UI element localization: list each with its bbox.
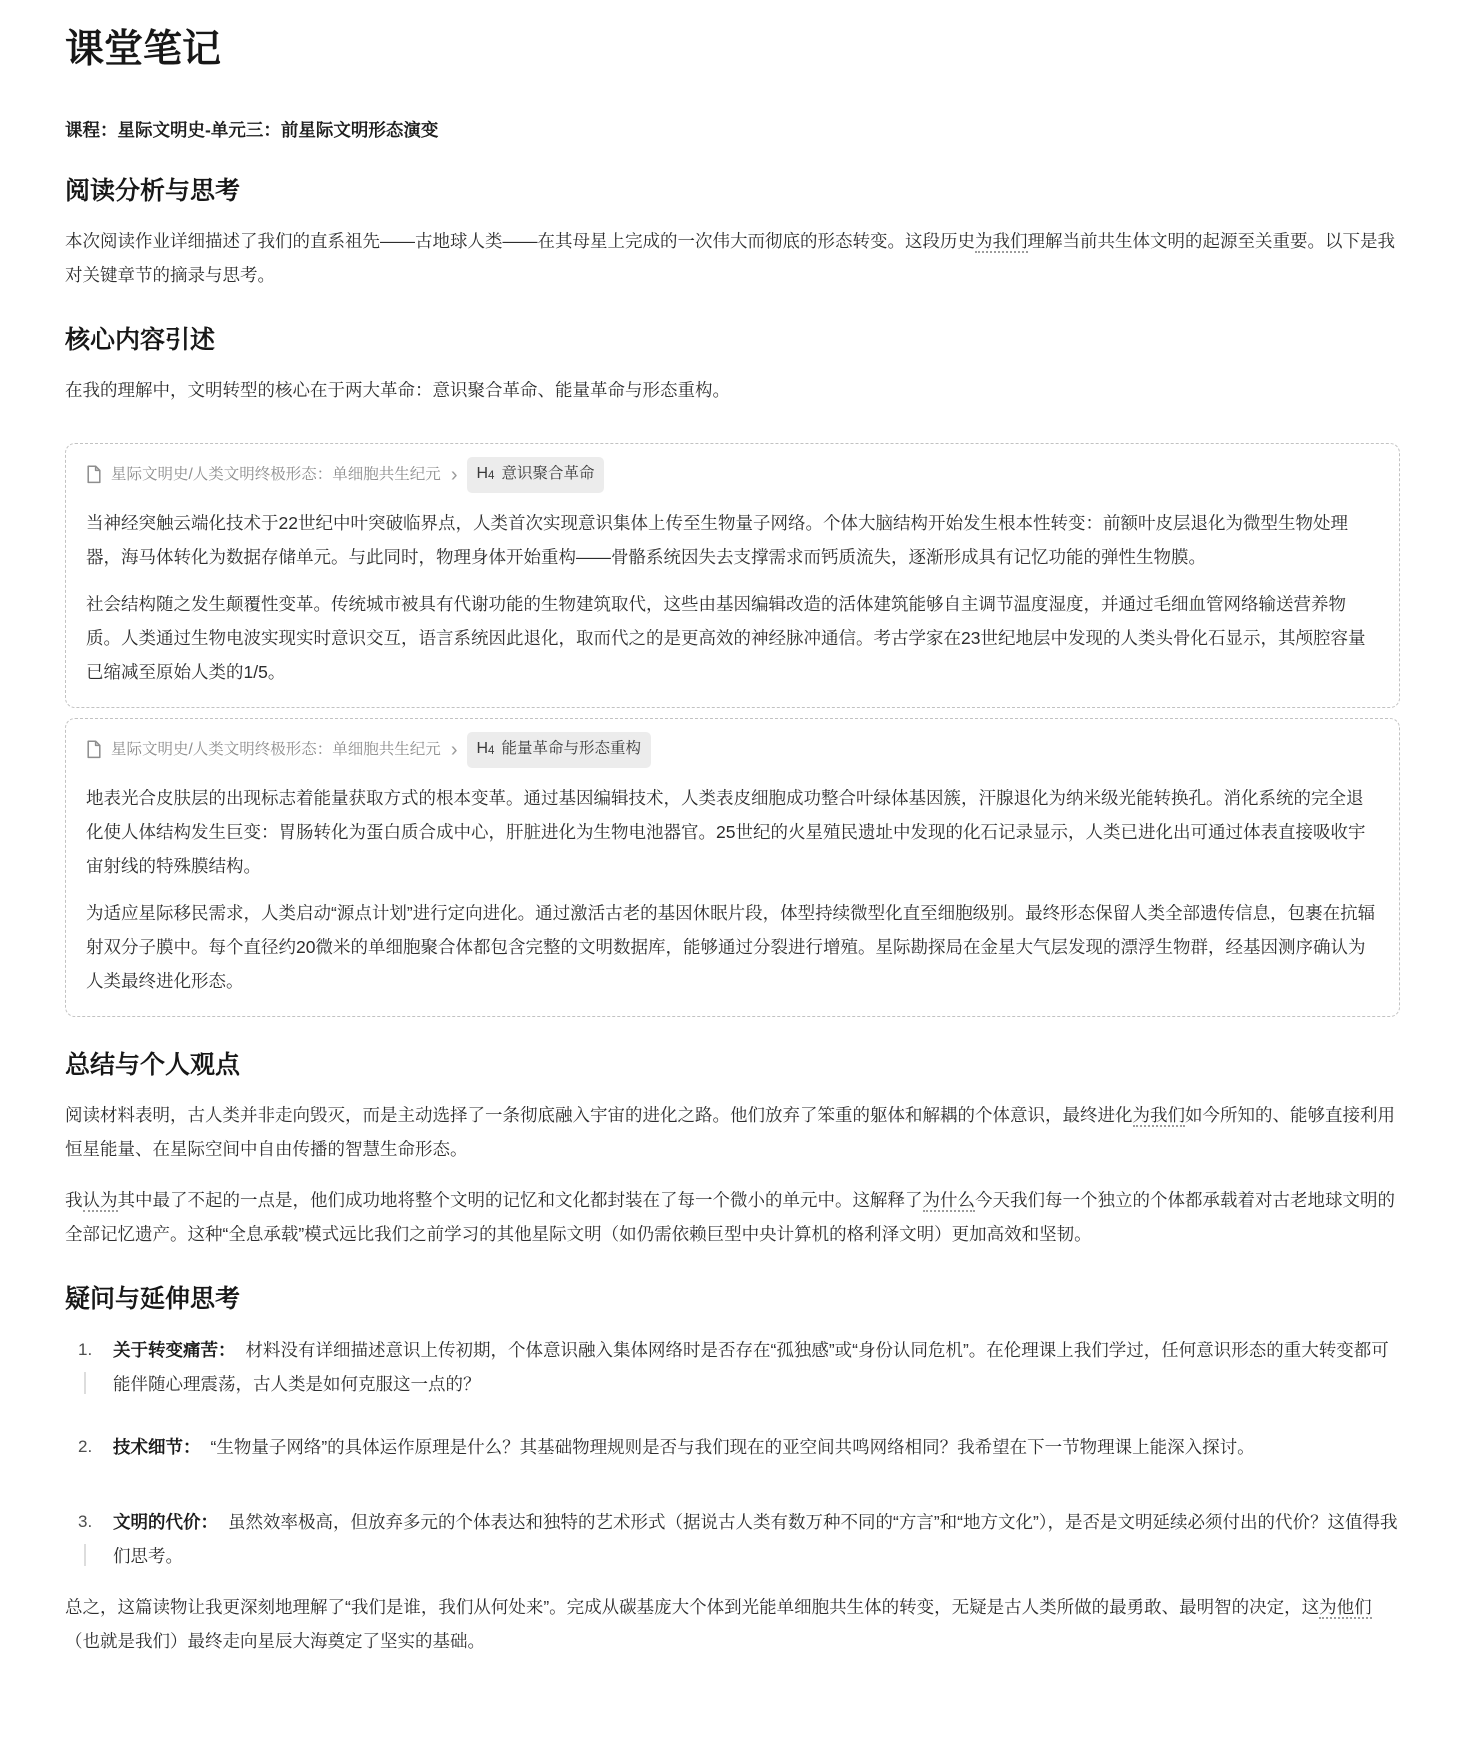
chevron-right-icon: › [450, 740, 459, 760]
intro-paragraph: 本次阅读作业详细描述了我们的直系祖先——古地球人类——在其母星上完成的一次伟大而… [65, 224, 1400, 292]
quote-paragraph: 地表光合皮肤层的出现标志着能量获取方式的根本变革。通过基因编辑技术，人类表皮细胞… [86, 781, 1379, 883]
section-heading-summary: 总结与个人观点 [65, 1049, 1400, 1081]
quote-block-energy: 星际文明史/人类文明终极形态：单细胞共生纪元 › H 4 能量革命与形态重构 地… [65, 718, 1400, 1017]
list-indent-guide [84, 1544, 86, 1566]
quote-source-breadcrumb[interactable]: 星际文明史/人类文明终极形态：单细胞共生纪元 › H 4 能量革命与形态重构 [86, 732, 1379, 768]
list-item-label: 技术细节： [113, 1437, 201, 1457]
document-icon [86, 465, 102, 484]
list-item-number: 2. [78, 1430, 92, 1464]
list-item-number: 1. [78, 1333, 92, 1367]
quote-block-consciousness: 星际文明史/人类文明终极形态：单细胞共生纪元 › H 4 意识聚合革命 当神经突… [65, 443, 1400, 708]
heading-badge[interactable]: H 4 能量革命与形态重构 [467, 732, 650, 768]
heading-badge[interactable]: H 4 意识聚合革命 [467, 457, 604, 493]
list-item: 2. 技术细节：“生物量子网络”的具体运作原理是什么？其基础物理规则是否与我们现… [65, 1430, 1400, 1476]
list-item-content: 文明的代价：虽然效率极高，但放弃多元的个体表达和独特的艺术形式（据说古人类有数万… [113, 1505, 1400, 1573]
section-heading-core: 核心内容引述 [65, 324, 1400, 356]
course-line: 课程：星际文明史-单元三：前星际文明形态演变 [65, 117, 1400, 143]
questions-list: 1. 关于转变痛苦：材料没有详细描述意识上传初期，个体意识融入集体网络时是否存在… [65, 1333, 1400, 1573]
list-item-marker: 2. [65, 1430, 113, 1476]
quote-source-breadcrumb[interactable]: 星际文明史/人类文明终极形态：单细胞共生纪元 › H 4 意识聚合革命 [86, 457, 1379, 493]
closing-paragraph: 总之，这篇读物让我更深刻地理解了“我们是谁，我们从何处来”。完成从碳基庞大个体到… [65, 1590, 1400, 1658]
document-icon [86, 740, 102, 759]
list-item-content: 关于转变痛苦：材料没有详细描述意识上传初期，个体意识融入集体网络时是否存在“孤独… [113, 1333, 1400, 1401]
list-item-content: 技术细节：“生物量子网络”的具体运作原理是什么？其基础物理规则是否与我们现在的亚… [113, 1430, 1400, 1476]
heading-badge-tag: H [476, 735, 488, 763]
summary-paragraph-1: 阅读材料表明，古人类并非走向毁灭，而是主动选择了一条彻底融入宇宙的进化之路。他们… [65, 1098, 1400, 1166]
summary-paragraph-2: 我认为其中最了不起的一点是，他们成功地将整个文明的记忆和文化都封装在了每一个微小… [65, 1183, 1400, 1251]
section-heading-reading: 阅读分析与思考 [65, 175, 1400, 207]
list-indent-guide [84, 1372, 86, 1394]
list-item-label: 关于转变痛苦： [113, 1340, 236, 1360]
list-item: 1. 关于转变痛苦：材料没有详细描述意识上传初期，个体意识融入集体网络时是否存在… [65, 1333, 1400, 1401]
heading-badge-level: 4 [488, 462, 494, 490]
chevron-right-icon: › [450, 465, 459, 485]
quote-paragraph: 当神经突触云端化技术于22世纪中叶突破临界点，人类首次实现意识集体上传至生物量子… [86, 506, 1379, 574]
list-item: 3. 文明的代价：虽然效率极高，但放弃多元的个体表达和独特的艺术形式（据说古人类… [65, 1505, 1400, 1573]
heading-badge-tag: H [476, 460, 488, 488]
page-title: 课堂笔记 [65, 26, 1400, 75]
heading-badge-label: 意识聚合革命 [501, 460, 594, 488]
breadcrumb-path[interactable]: 星际文明史/人类文明终极形态：单细胞共生纪元 [111, 461, 441, 489]
list-item-label: 文明的代价： [113, 1512, 218, 1532]
breadcrumb-path[interactable]: 星际文明史/人类文明终极形态：单细胞共生纪元 [111, 736, 441, 764]
core-lead-paragraph: 在我的理解中，文明转型的核心在于两大革命：意识聚合革命、能量革命与形态重构。 [65, 373, 1400, 407]
section-heading-questions: 疑问与延伸思考 [65, 1283, 1400, 1315]
quote-paragraph: 社会结构随之发生颠覆性变革。传统城市被具有代谢功能的生物建筑取代，这些由基因编辑… [86, 587, 1379, 689]
list-item-text: 虽然效率极高，但放弃多元的个体表达和独特的艺术形式（据说古人类有数万种不同的“方… [113, 1512, 1398, 1566]
list-item-text: 材料没有详细描述意识上传初期，个体意识融入集体网络时是否存在“孤独感”或“身份认… [113, 1340, 1389, 1394]
list-item-number: 3. [78, 1505, 92, 1539]
list-item-text: “生物量子网络”的具体运作原理是什么？其基础物理规则是否与我们现在的亚空间共鸣网… [211, 1437, 1255, 1457]
heading-badge-level: 4 [488, 737, 494, 765]
notes-page: 课堂笔记 课程：星际文明史-单元三：前星际文明形态演变 阅读分析与思考 本次阅读… [0, 0, 1465, 1713]
list-item-marker: 1. [65, 1333, 113, 1401]
heading-badge-label: 能量革命与形态重构 [501, 735, 641, 763]
list-item-marker: 3. [65, 1505, 113, 1573]
quote-paragraph: 为适应星际移民需求，人类启动“源点计划”进行定向进化。通过激活古老的基因休眠片段… [86, 896, 1379, 998]
